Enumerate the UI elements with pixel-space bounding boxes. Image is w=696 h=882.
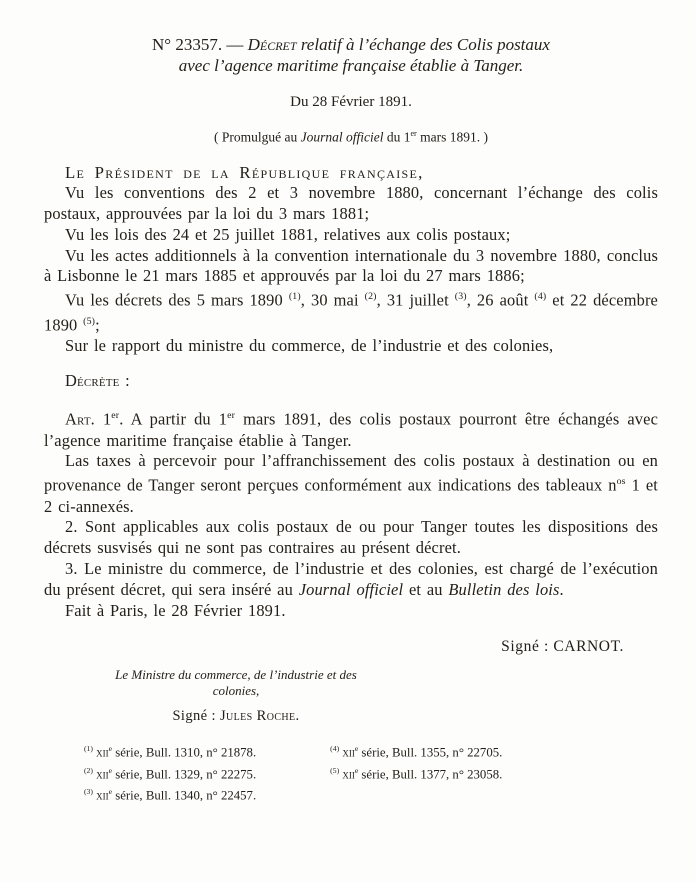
text-segment: Jules Roche [220, 708, 296, 724]
text-segment: série, Bull. 1377, n° 23058. [358, 767, 502, 781]
document-title: N° 23357. — Décret relatif à l’échange d… [44, 34, 658, 76]
salutation-line: Le Président de la République française, [44, 163, 658, 184]
footnote-5: (5) xiie série, Bull. 1377, n° 23058. [330, 762, 502, 783]
minister-title: Le Ministre du commerce, de l’industrie … [96, 667, 376, 699]
article-3: 3. Le ministre du commerce, de l’industr… [44, 559, 658, 601]
text-segment: série, Bull. 1310, n° 21878. [112, 746, 256, 760]
text-segment: relatif à l’échange des Colis postaux [297, 35, 550, 54]
recital-conventions: Vu les conventions des 2 et 3 novembre 1… [44, 183, 658, 225]
footnotes: (1) xiie série, Bull. 1310, n° 21878. (2… [44, 740, 658, 804]
text-segment: xii [96, 788, 109, 802]
article-2: 2. Sont applicables aux colis postaux de… [44, 517, 658, 559]
recital-lois: Vu les lois des 24 et 25 juillet 1881, r… [44, 225, 658, 246]
text-segment: . [296, 708, 300, 724]
text-segment: Las taxes à percevoir pour l’affranchiss… [44, 451, 658, 494]
text-segment: (1) [289, 291, 301, 302]
text-segment: (1) [84, 744, 93, 753]
title-line-1: N° 23357. — Décret relatif à l’échange d… [44, 34, 658, 55]
text-segment: N° 23357. — [152, 35, 248, 54]
decree-document-page: N° 23357. — Décret relatif à l’échange d… [0, 0, 696, 882]
text-segment: série, Bull. 1329, n° 22275. [112, 767, 256, 781]
text-segment: , 31 juillet [377, 291, 455, 310]
text-segment: xii [96, 746, 109, 760]
text-segment: xii [96, 767, 109, 781]
text-segment: xii [342, 767, 355, 781]
minister-signature-block: Le Ministre du commerce, de l’industrie … [96, 667, 376, 725]
text-segment: (4) [330, 744, 339, 753]
text-segment: xii [342, 746, 355, 760]
text-segment: (5) [83, 316, 95, 327]
text-segment: série, Bull. 1355, n° 22705. [358, 746, 502, 760]
text-segment: (3) [84, 787, 93, 796]
text-segment: (2) [84, 766, 93, 775]
title-line-2: avec l’agence maritime française établie… [44, 55, 658, 76]
text-segment: ( Promulgué au [214, 130, 301, 145]
decree-date: Du 28 Février 1891. [44, 93, 658, 112]
text-segment: . A partir du 1 [119, 410, 227, 429]
promulgation-note: ( Promulgué au Journal officiel du 1er m… [44, 125, 658, 146]
text-segment: série, Bull. 1340, n° 22457. [112, 788, 256, 802]
text-segment: . [560, 580, 564, 599]
text-segment: (5) [330, 766, 339, 775]
article-1: Art. 1er. A partir du 1er mars 1891, des… [44, 406, 658, 451]
footnotes-right-column: (4) xiie série, Bull. 1355, n° 22705. (5… [330, 740, 502, 804]
recital-actes-additionnels: Vu les actes additionnels à la conventio… [44, 246, 658, 288]
footnote-4: (4) xiie série, Bull. 1355, n° 22705. [330, 740, 502, 761]
text-segment: du 1 [383, 130, 410, 145]
text-segment: Journal officiel [301, 130, 384, 145]
text-segment: os [617, 476, 626, 487]
footnote-1: (1) xiie série, Bull. 1310, n° 21878. [84, 740, 256, 761]
text-segment: Décret [248, 35, 297, 54]
recital-rapport: Sur le rapport du ministre du commerce, … [44, 336, 658, 357]
text-segment: , 26 août [467, 291, 535, 310]
text-segment: , 30 mai [301, 291, 365, 310]
recital-decrets: Vu les décrets des 5 mars 1890 (1), 30 m… [44, 287, 658, 336]
text-segment: (3) [455, 291, 467, 302]
text-segment: Art. [65, 410, 95, 429]
footnote-3: (3) xiie série, Bull. 1340, n° 22457. [84, 783, 256, 804]
footnote-2: (2) xiie série, Bull. 1329, n° 22275. [84, 762, 256, 783]
text-segment: 1 [95, 410, 111, 429]
text-segment: mars 1891. ) [417, 130, 488, 145]
text-segment: Vu les décrets des 5 mars 1890 [65, 291, 289, 310]
closing-line: Fait à Paris, le 28 Février 1891. [44, 601, 658, 622]
text-segment: et au [403, 580, 448, 599]
article-1-taxes: Las taxes à percevoir pour l’affranchiss… [44, 451, 658, 517]
text-segment: Signé : [172, 708, 220, 724]
text-segment: Journal officiel [299, 580, 404, 599]
text-segment: ; [95, 315, 100, 334]
footnotes-left-column: (1) xiie série, Bull. 1310, n° 21878. (2… [84, 740, 256, 804]
text-segment: er [227, 410, 235, 421]
decree-word: Décrète : [44, 371, 658, 392]
minister-signature: Signé : Jules Roche. [96, 708, 376, 725]
text-segment: (2) [365, 291, 377, 302]
president-signature: Signé : CARNOT. [44, 638, 658, 656]
text-segment: Bulletin des lois [448, 580, 559, 599]
text-segment: (4) [534, 291, 546, 302]
